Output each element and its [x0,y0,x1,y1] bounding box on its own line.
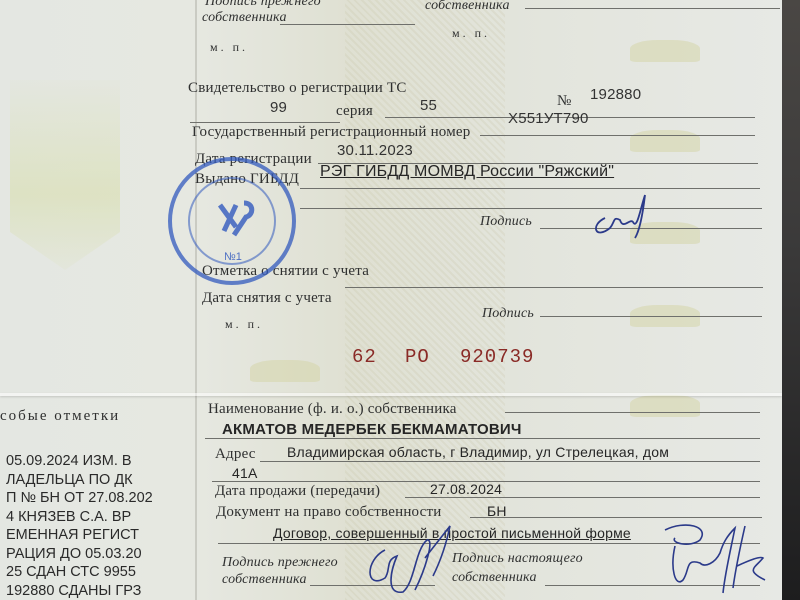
registration-signature-label: Подпись [480,214,532,230]
plate-label: Государственный регистрационный номер [192,124,470,141]
form-serial-series: РО [405,346,430,368]
field-line [505,412,760,413]
address-value-line2: 41А [232,465,258,481]
plate-value: Х551УТ790 [508,110,589,127]
issued-by-value: РЭГ ГИБДД МОМВД России "Ряжский" [320,163,614,181]
ownership-doc-label: Документ на право собственности [216,504,441,521]
owner-name-label: Наименование (ф. и. о.) собственника [208,401,457,418]
note-line: ЕМЕННАЯ РЕГИСТ [6,526,196,545]
prev-owner-signature-label-2: собственника [202,10,287,26]
signature-line [540,316,762,317]
stamp-emblem-icon [214,197,258,241]
field-line [260,461,760,462]
prev-owner-signature-label: Подпись прежнего [205,0,321,10]
field-line [480,135,755,136]
deregistration-stamp-place: м. п. [225,317,263,332]
note-line: 192880 СДАНЫ ГРЗ [6,582,196,600]
note-line: 25 СДАН СТС 9955 [6,563,196,582]
sale-date-value: 27.08.2024 [430,481,502,497]
field-line [190,122,340,123]
prev-owner-sig-label: Подпись прежнего [222,555,338,571]
watermark-band [10,80,120,270]
official-signature [585,190,655,240]
address-value-line1: Владимирская область, г Владимир, ул Стр… [287,444,669,460]
deregistration-signature-label: Подпись [482,306,534,322]
sale-date-label: Дата продажи (передачи) [215,483,380,500]
special-notes-heading: собые отметки [0,408,120,425]
form-serial-number: 920739 [460,346,534,368]
prev-owner-sig-label-2: собственника [222,572,307,588]
special-notes: 05.09.2024 ИЗМ. В ЛАДЕЛЬЦА ПО ДК П № БН … [6,452,196,600]
owner-name-value: АКМАТОВ МЕДЕРБЕК БЕКМАМАТОВИЧ [222,421,522,438]
number-value: 192880 [590,86,641,103]
series-label: серия [336,103,373,120]
watermark-chevron [630,130,700,152]
police-stamp: №1 [168,157,296,285]
current-owner-signature-label: собственника [425,0,510,14]
prev-owner-signature [355,520,465,600]
vehicle-passport-page: Подпись прежнего собственника собственни… [0,0,782,600]
page-fold-horizontal [0,393,782,396]
form-serial-region: 62 [352,346,377,368]
number-label: № [557,93,572,110]
field-line [345,287,763,288]
certificate-prefix: 99 [270,99,287,116]
field-line [300,208,762,209]
background-edge [782,0,800,600]
note-line: 4 КНЯЗЕВ С.А. ВР [6,508,196,527]
signature-line [280,24,415,25]
series-value: 55 [420,97,437,114]
watermark-chevron [250,360,320,382]
watermark-chevron [630,395,700,417]
current-owner-signature [645,518,785,600]
field-line [405,497,760,498]
field-line [205,438,760,439]
note-line: ЛАДЕЛЬЦА ПО ДК [6,471,196,490]
signature-line [525,8,780,9]
address-label: Адрес [215,446,256,463]
stamp-place-right: м. п. [452,26,490,41]
watermark-chevron [630,40,700,62]
deregistration-date-label: Дата снятия с учета [202,290,332,307]
certificate-label: Свидетельство о регистрации ТС [188,80,407,97]
stamp-number: №1 [224,251,242,263]
current-owner-sig-label: Подпись настоящего [452,551,583,567]
field-line [300,188,760,189]
note-line: РАЦИЯ ДО 05.03.20 [6,545,196,564]
stamp-place-left: м. п. [210,40,248,55]
note-line: 05.09.2024 ИЗМ. В [6,452,196,471]
note-line: П № БН ОТ 27.08.202 [6,489,196,508]
registration-date-value: 30.11.2023 [337,142,413,159]
